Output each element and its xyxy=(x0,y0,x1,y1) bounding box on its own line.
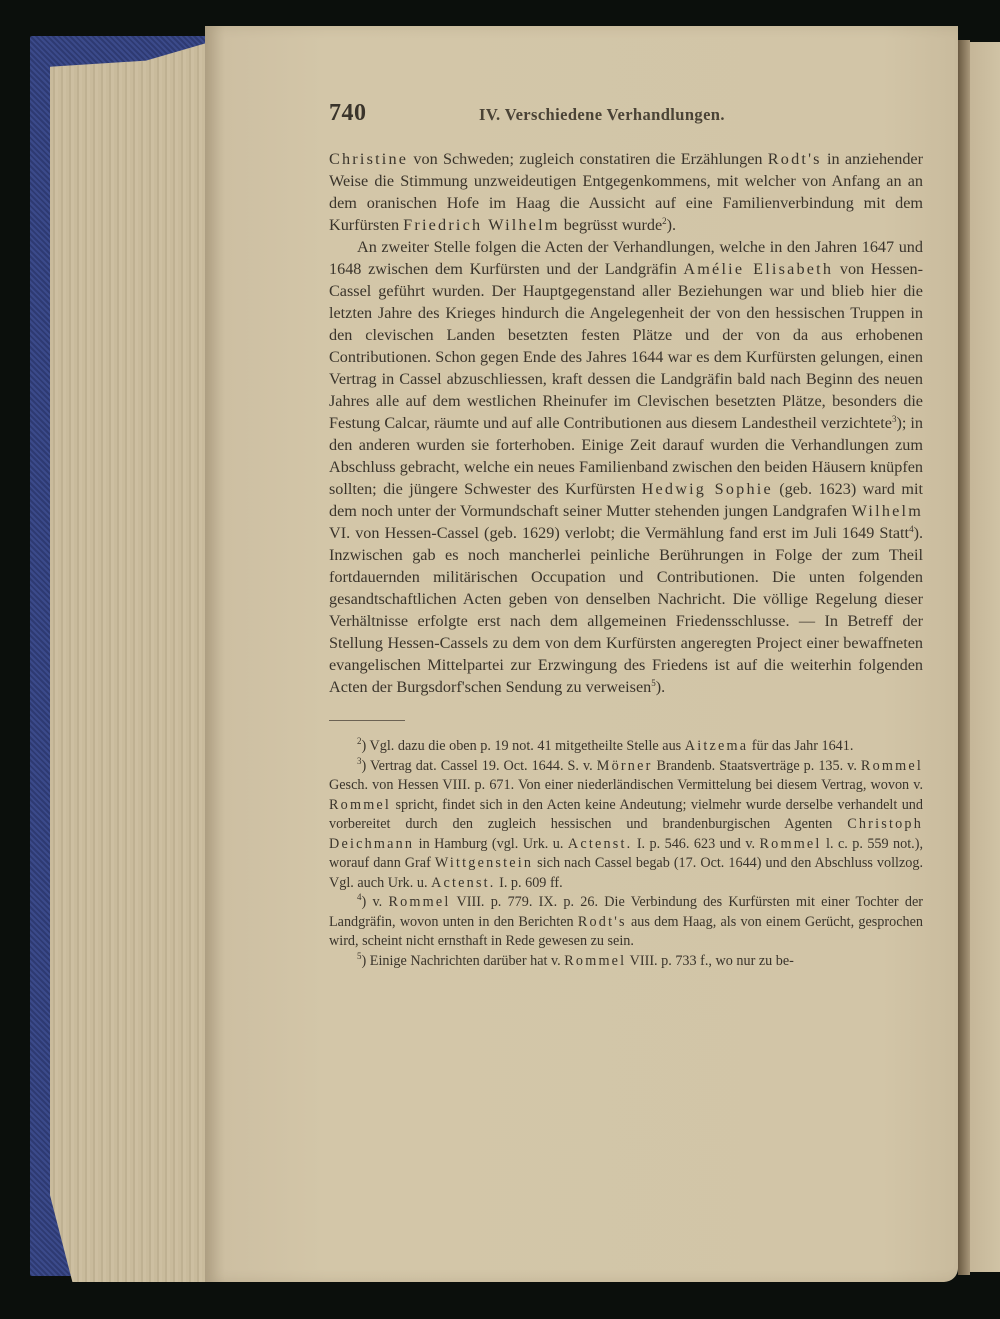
footnotes: 2) Vgl. dazu die oben p. 19 not. 41 mitg… xyxy=(329,737,923,971)
text-run: für das Jahr 1641. xyxy=(748,738,853,754)
text-run: VI. von Hessen-Cassel (geb. 1629) verlob… xyxy=(329,524,909,542)
text-run: VIII. p. 733 f., wo nur zu be- xyxy=(626,953,794,969)
footnote: 3) Vertrag dat. Cassel 19. Oct. 1644. S.… xyxy=(329,757,923,894)
emphasized-name: Rommel xyxy=(564,953,626,969)
emphasized-name: Friedrich Wilhelm xyxy=(403,216,559,234)
text-run: ). xyxy=(667,216,676,234)
text-run: in Hamburg (vgl. Urk. u. xyxy=(414,836,568,852)
emphasized-name: Aitzema xyxy=(685,738,748,754)
text-run: I. p. 609 ff. xyxy=(496,875,563,891)
emphasized-name: Christine xyxy=(329,150,408,168)
text-run: v. xyxy=(366,894,388,910)
text-run: spricht, findet sich in den Acten keine … xyxy=(329,797,923,833)
text-run: Brandenb. Staatsverträge p. 135. v. xyxy=(653,758,861,774)
text-run: von Schweden; zugleich constatiren die E… xyxy=(408,150,768,168)
text-run: ). xyxy=(656,678,665,696)
emphasized-name: Hedwig Sophie xyxy=(642,480,773,498)
text-run: Einige Nachrichten darüber hat v. xyxy=(366,953,564,969)
book-gutter xyxy=(958,40,970,1275)
emphasized-name: Rommel xyxy=(388,894,450,910)
emphasized-name: Wittgenstein xyxy=(435,855,533,871)
footnote: 2) Vgl. dazu die oben p. 19 not. 41 mitg… xyxy=(329,737,923,757)
text-run: ). Inzwischen gab es noch mancherlei pei… xyxy=(329,524,923,696)
page-number: 740 xyxy=(329,100,479,127)
footnote: 4) v. Rommel VIII. p. 779. IX. p. 26. Di… xyxy=(329,893,923,952)
emphasized-name: Rodt's xyxy=(578,914,627,930)
emphasized-name: Rommel xyxy=(861,758,923,774)
text-run: Gesch. von Hessen VIII. p. 671. Von eine… xyxy=(329,777,923,793)
emphasized-name: Actenst. xyxy=(568,836,633,852)
emphasized-name: Amélie Elisabeth xyxy=(683,260,833,278)
emphasized-name: Rodt's xyxy=(768,150,822,168)
page-header: 740 IV. Verschiedene Verhandlungen. xyxy=(329,100,923,140)
text-run: Vertrag dat. Cassel 19. Oct. 1644. S. v. xyxy=(366,758,597,774)
running-head: IV. Verschiedene Verhandlungen. xyxy=(479,105,725,125)
emphasized-name: Wilhelm xyxy=(852,502,923,520)
emphasized-name: Rommel xyxy=(329,797,391,813)
emphasized-name: Actenst. xyxy=(431,875,496,891)
footnote: 5) Einige Nachrichten darüber hat v. Rom… xyxy=(329,952,923,972)
page-edges xyxy=(50,42,210,1282)
text-run: I. p. 546. 623 und v. xyxy=(632,836,759,852)
text-run: von Hessen-Cassel geführt wurden. Der Ha… xyxy=(329,260,923,432)
text-run: Vgl. dazu die oben p. 19 not. 41 mitgeth… xyxy=(366,738,685,754)
facing-page-edge xyxy=(970,42,1000,1272)
paragraph: An zweiter Stelle folgen die Acten der V… xyxy=(329,236,923,698)
paragraph: Christine von Schweden; zugleich constat… xyxy=(329,148,923,236)
page-content: 740 IV. Verschiedene Verhandlungen. Chri… xyxy=(329,100,923,971)
emphasized-name: Mörner xyxy=(597,758,653,774)
emphasized-name: Rommel xyxy=(760,836,822,852)
text-run: begrüsst wurde xyxy=(560,216,663,234)
footnote-divider xyxy=(329,720,405,721)
body-text: Christine von Schweden; zugleich constat… xyxy=(329,148,923,698)
